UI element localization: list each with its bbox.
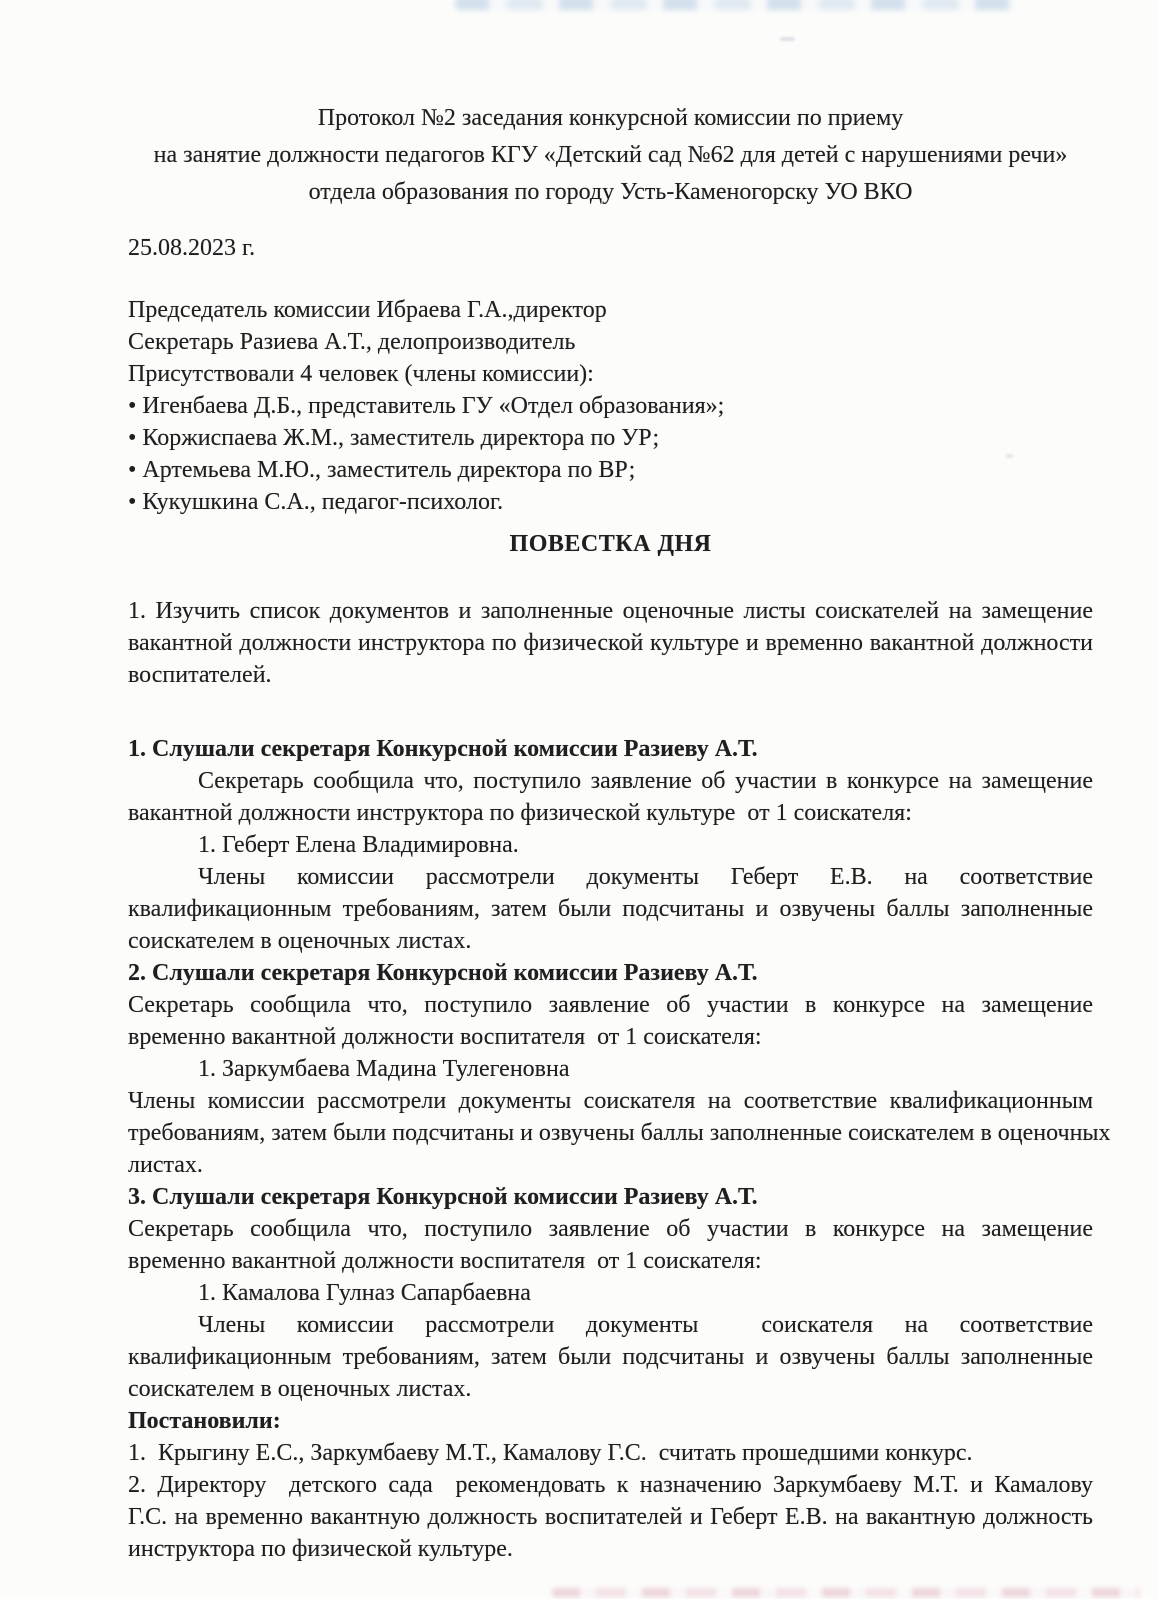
text-line: • Коржиспаева Ж.М., заместитель директор… xyxy=(128,422,1093,454)
text-line: 1. Изучить список документов и заполненн… xyxy=(128,595,1093,627)
text-line: 1. Заркумбаева Мадина Тулегеновна xyxy=(128,1053,1093,1085)
text-line: квалификационным требованиям, затем были… xyxy=(128,893,1093,925)
text-line: • Игенбаева Д.Б., представитель ГУ «Отде… xyxy=(128,390,1093,422)
document-content: Протокол №2 заседания конкурсной комисси… xyxy=(0,100,1159,1565)
section-heading: 2. Слушали секретаря Конкурсной комиссии… xyxy=(128,957,1093,989)
text-line: • Артемьева М.Ю., заместитель директора … xyxy=(128,454,1093,486)
agenda-paragraph: 1. Изучить список документов и заполненн… xyxy=(128,595,1093,691)
scan-speck xyxy=(780,37,795,41)
text-line: Протокол №2 заседания конкурсной комисси… xyxy=(128,100,1093,137)
document-date: 25.08.2023 г. xyxy=(128,232,1093,264)
section-heading: 1. Слушали секретаря Конкурсной комиссии… xyxy=(128,733,1093,765)
scan-bleedthrough-bottom xyxy=(552,1588,1140,1597)
text-line: квалификационным требованиям, затем были… xyxy=(128,1341,1093,1373)
participants-list: Председатель комиссии Ибраева Г.А.,дирек… xyxy=(128,294,1093,518)
text-line: временно вакантной должности воспитателя… xyxy=(128,1021,1093,1053)
section-heading: 3. Слушали секретаря Конкурсной комиссии… xyxy=(128,1181,1093,1213)
text-line: Секретарь сообщила что, поступило заявле… xyxy=(128,765,1093,797)
text-line: инструктора по физической культуре. xyxy=(128,1533,1093,1565)
section-heading: Постановили: xyxy=(128,1405,1093,1437)
text-line: Секретарь сообщила что, поступило заявле… xyxy=(128,1213,1093,1245)
text-line: временно вакантной должности воспитателя… xyxy=(128,1245,1093,1277)
text-line: Г.С. на временно вакантную должность вос… xyxy=(128,1501,1093,1533)
text-line: соискателем в оценочных листах. xyxy=(128,1373,1093,1405)
text-line: вакантной должности инструктора по физич… xyxy=(128,627,1093,659)
text-line: на занятие должности педагогов КГУ «Детс… xyxy=(128,137,1093,174)
text-line: Присутствовали 4 человек (члены комиссии… xyxy=(128,358,1093,390)
text-line: Секретарь Разиева А.Т., делопроизводител… xyxy=(128,326,1093,358)
text-line: 2. Директору детского сада рекомендовать… xyxy=(128,1469,1093,1501)
text-line: Председатель комиссии Ибраева Г.А.,дирек… xyxy=(128,294,1093,326)
text-line: соискателем в оценочных листах. xyxy=(128,925,1093,957)
document-body: 1. Слушали секретаря Конкурсной комиссии… xyxy=(128,733,1093,1565)
text-line: • Кукушкина С.А., педагог-психолог. xyxy=(128,486,1093,518)
text-line: 1. Камалова Гулназ Сапарбаевна xyxy=(128,1277,1093,1309)
text-line: Секретарь сообщила что, поступило заявле… xyxy=(128,989,1093,1021)
text-line: требованиям, затем были подсчитаны и озв… xyxy=(128,1117,1093,1149)
text-line: 1. Крыгину Е.С., Заркумбаеву М.Т., Камал… xyxy=(128,1437,1093,1469)
scan-bleedthrough-top xyxy=(455,0,1015,10)
text-line: Члены комиссии рассмотрели документы сои… xyxy=(128,1309,1093,1341)
text-line: Члены комиссии рассмотрели документы Геб… xyxy=(128,861,1093,893)
text-line: 1. Геберт Елена Владимировна. xyxy=(128,829,1093,861)
text-line: отдела образования по городу Усть-Камено… xyxy=(128,174,1093,211)
text-line: Члены комиссии рассмотрели документы сои… xyxy=(128,1085,1093,1117)
scanned-document-page: Протокол №2 заседания конкурсной комисси… xyxy=(0,0,1159,1599)
agenda-heading: ПОВЕСТКА ДНЯ xyxy=(128,528,1093,560)
document-title: Протокол №2 заседания конкурсной комисси… xyxy=(128,100,1093,211)
text-line: воспитателей. xyxy=(128,659,1093,691)
text-line: листах. xyxy=(128,1149,1093,1181)
text-line: вакантной должности инструктора по физич… xyxy=(128,797,1093,829)
